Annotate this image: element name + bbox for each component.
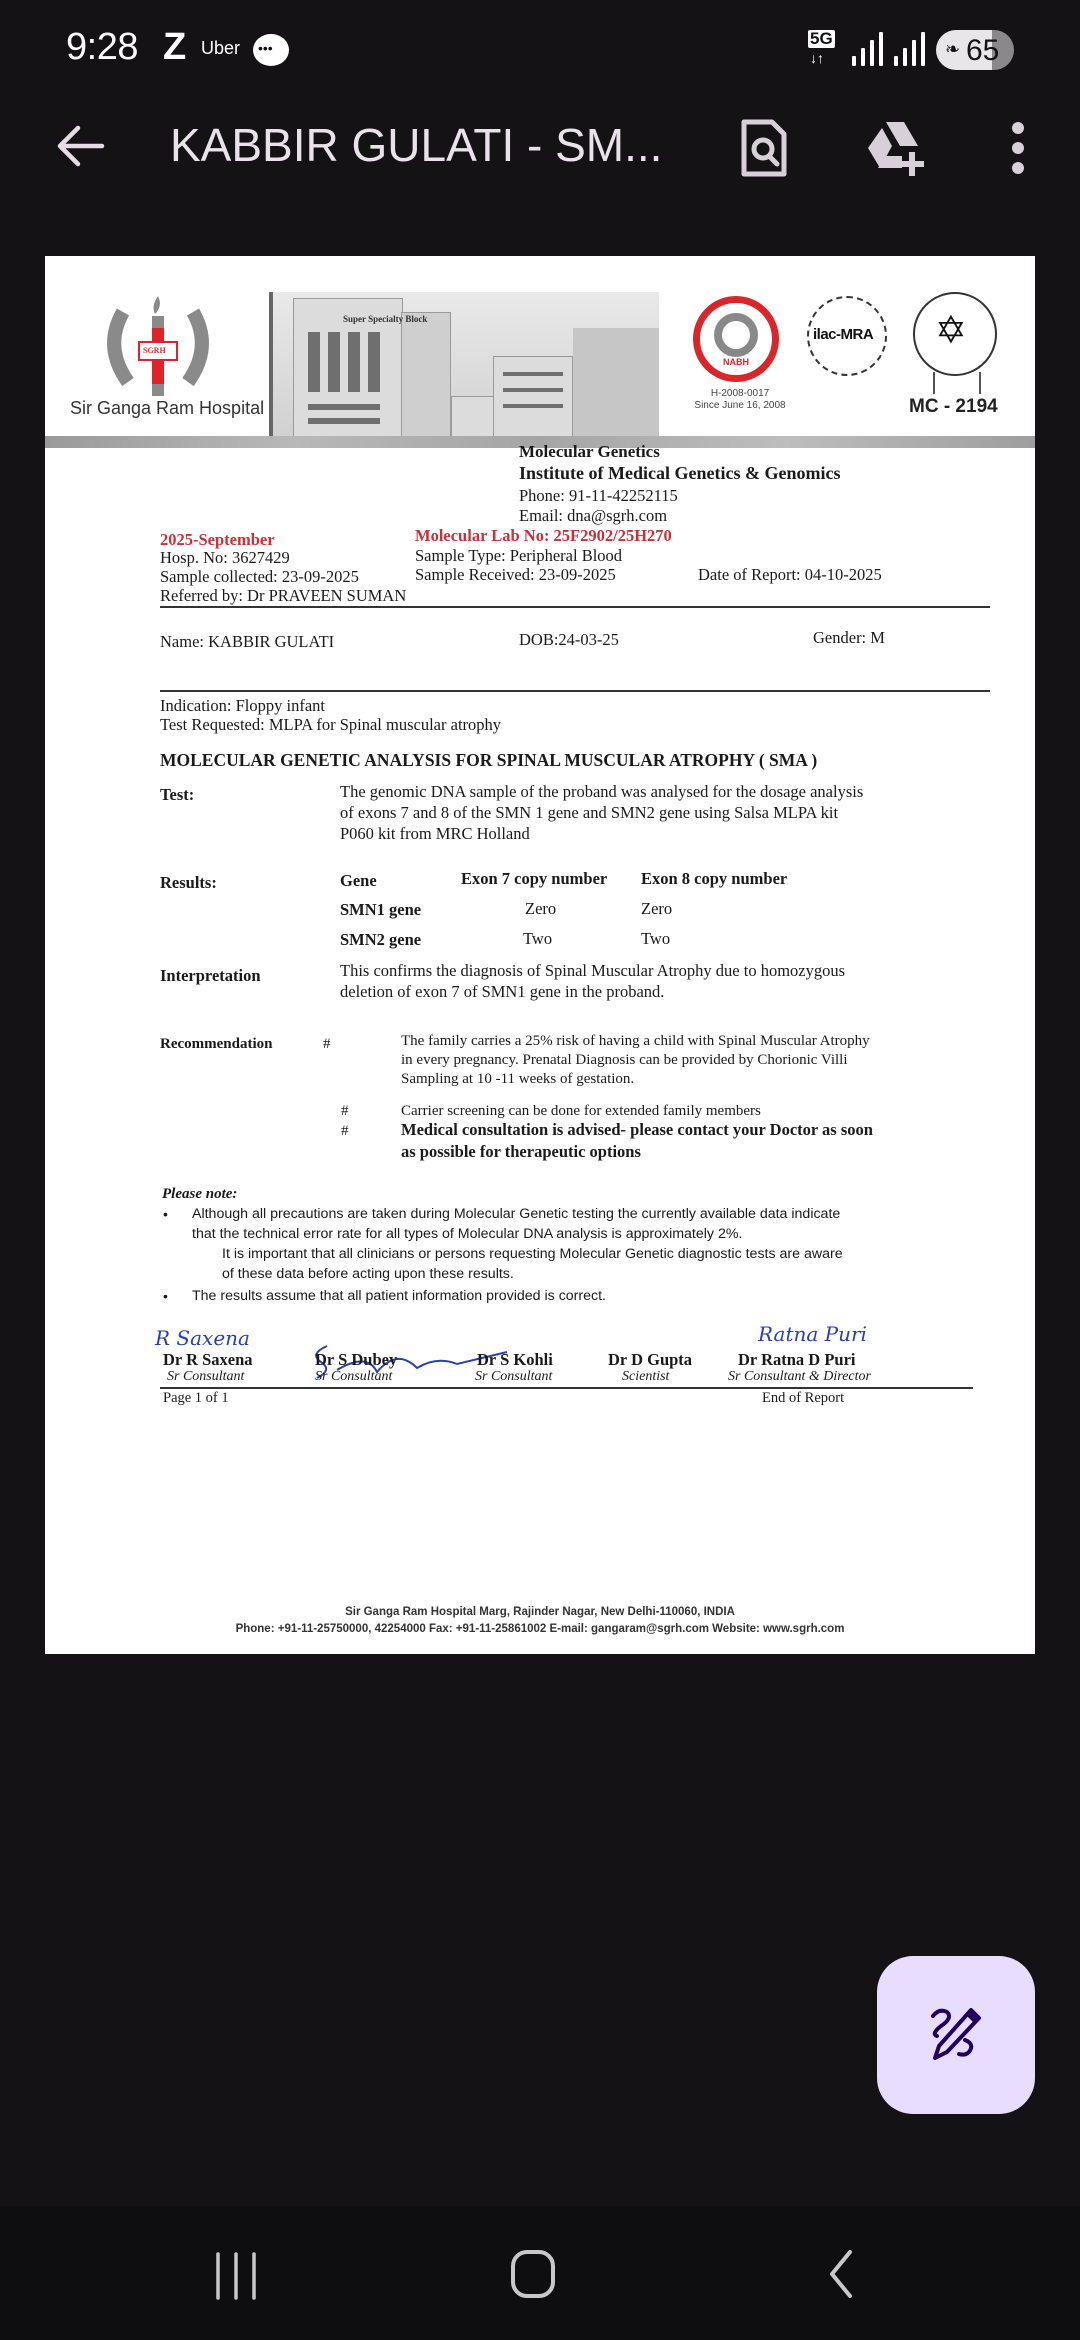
- status-time: 9:28: [66, 26, 138, 69]
- interpretation-label: Interpretation: [160, 966, 261, 986]
- messages-icon: [253, 34, 289, 66]
- department-email: Email: dna@sgrh.com: [519, 506, 667, 526]
- sample-received: Sample Received: 23-09-2025: [415, 565, 616, 585]
- drive-add-icon: [864, 116, 928, 180]
- divider: [160, 690, 990, 692]
- note-title: Please note:: [162, 1186, 237, 1203]
- building-label: Super Specialty Block: [343, 314, 427, 324]
- signature-image: R Saxena: [155, 1326, 250, 1350]
- battery-icon: ❧ 65: [936, 30, 1014, 70]
- note-item: The results assume that all patient info…: [192, 1288, 606, 1304]
- page-indicator: Page 1 of 1: [163, 1390, 229, 1407]
- results-label: Results:: [160, 873, 217, 893]
- col-header-exon7: Exon 7 copy number: [461, 869, 607, 889]
- footer-contact: Phone: +91-11-25750000, 42254000 Fax: +9…: [45, 1623, 1035, 1635]
- test-label: Test:: [160, 785, 194, 805]
- ilac-mra-logo-icon: ilac-MRA: [807, 296, 887, 376]
- patient-dob: DOB:24-03-25: [519, 630, 619, 650]
- arrow-back-icon: [52, 118, 108, 174]
- status-bar: 9:28 Z Uber 5G ↓↑ ❧ 65: [0, 0, 1080, 100]
- recommendation-label: Recommendation: [160, 1036, 273, 1053]
- section-title: MOLECULAR GENETIC ANALYSIS FOR SPINAL MU…: [160, 750, 817, 771]
- recommendation-item: Carrier screening can be done for extend…: [401, 1103, 761, 1120]
- referred-by: Referred by: Dr PRAVEEN SUMAN: [160, 586, 406, 606]
- add-to-drive-button[interactable]: [864, 116, 928, 180]
- footer-address: Sir Ganga Ram Hospital Marg, Rajinder Na…: [45, 1606, 1035, 1618]
- building-photo: Super Specialty Block: [269, 292, 659, 448]
- date-of-report: Date of Report: 04-10-2025: [698, 565, 882, 585]
- col-header-gene: Gene: [340, 871, 377, 891]
- back-nav-button[interactable]: [812, 2248, 872, 2302]
- indication: Indication: Floppy infant: [160, 696, 325, 716]
- document-search-icon: [732, 116, 796, 180]
- find-in-document-button[interactable]: [732, 116, 796, 180]
- logo-text: SGRH: [143, 346, 166, 355]
- hospital-number: Hosp. No: 3627429: [160, 548, 290, 568]
- power-saving-leaf-icon: ❧: [945, 39, 963, 59]
- annotate-pen-icon: [927, 2006, 985, 2064]
- back-button[interactable]: [52, 118, 108, 174]
- signature-image: Ratna Puri: [758, 1322, 867, 1346]
- signal-strength-icon: [852, 32, 884, 66]
- patient-gender: Gender: M: [813, 628, 885, 648]
- divider: [160, 1387, 973, 1389]
- more-vert-icon: [990, 116, 1046, 180]
- zomato-z-icon: Z: [163, 26, 186, 69]
- home-icon: [505, 2248, 565, 2302]
- home-button[interactable]: [505, 2248, 565, 2302]
- nabh-accreditation: H-2008-0017 Since June 16, 2008: [685, 388, 795, 412]
- nabh-logo-icon: NABH: [693, 296, 779, 382]
- data-arrows-icon: ↓↑: [810, 50, 824, 66]
- test-requested: Test Requested: MLPA for Spinal muscular…: [160, 715, 501, 735]
- divider: [160, 606, 990, 608]
- bullet-hash: #: [341, 1123, 349, 1140]
- letterhead: SGRH Sir Ganga Ram Hospital Super Specia…: [45, 256, 1035, 448]
- col-header-exon8: Exon 8 copy number: [641, 869, 787, 889]
- department-phone: Phone: 91-11-42252115: [519, 486, 678, 506]
- battery-level: 65: [966, 34, 999, 68]
- recents-icon: [206, 2248, 266, 2302]
- report-month: 2025-September: [160, 530, 275, 550]
- bullet-hash: #: [341, 1103, 349, 1120]
- sample-type: Sample Type: Peripheral Blood: [415, 546, 622, 566]
- pdf-page[interactable]: SGRH Sir Ganga Ram Hospital Super Specia…: [45, 256, 1035, 1654]
- hospital-name: Sir Ganga Ram Hospital: [70, 398, 264, 419]
- recents-button[interactable]: [206, 2248, 266, 2302]
- network-5g-icon: 5G: [808, 30, 835, 48]
- mc-code: MC - 2194: [909, 396, 998, 418]
- system-nav-bar: [0, 2206, 1080, 2340]
- sample-collected: Sample collected: 23-09-2025: [160, 567, 359, 587]
- end-of-report: End of Report: [762, 1390, 844, 1407]
- lab-number: Molecular Lab No: 25F2902/25H270: [415, 526, 672, 546]
- back-icon: [812, 2248, 872, 2302]
- bullet-hash: #: [323, 1036, 331, 1053]
- document-title: KABBIR GULATI - SM...: [170, 118, 662, 172]
- uber-icon: Uber: [201, 38, 240, 59]
- bullet-dot: •: [163, 1206, 168, 1222]
- more-options-button[interactable]: [990, 116, 1054, 180]
- institute-name: Institute of Medical Genetics & Genomics: [519, 463, 840, 484]
- annotate-button[interactable]: [877, 1956, 1035, 2114]
- nabl-logo-icon: ✡: [913, 292, 997, 376]
- patient-name: Name: KABBIR GULATI: [160, 632, 334, 652]
- signal-strength-icon: [894, 32, 926, 66]
- bullet-dot: •: [163, 1288, 168, 1304]
- department-name: Molecular Genetics: [519, 442, 660, 462]
